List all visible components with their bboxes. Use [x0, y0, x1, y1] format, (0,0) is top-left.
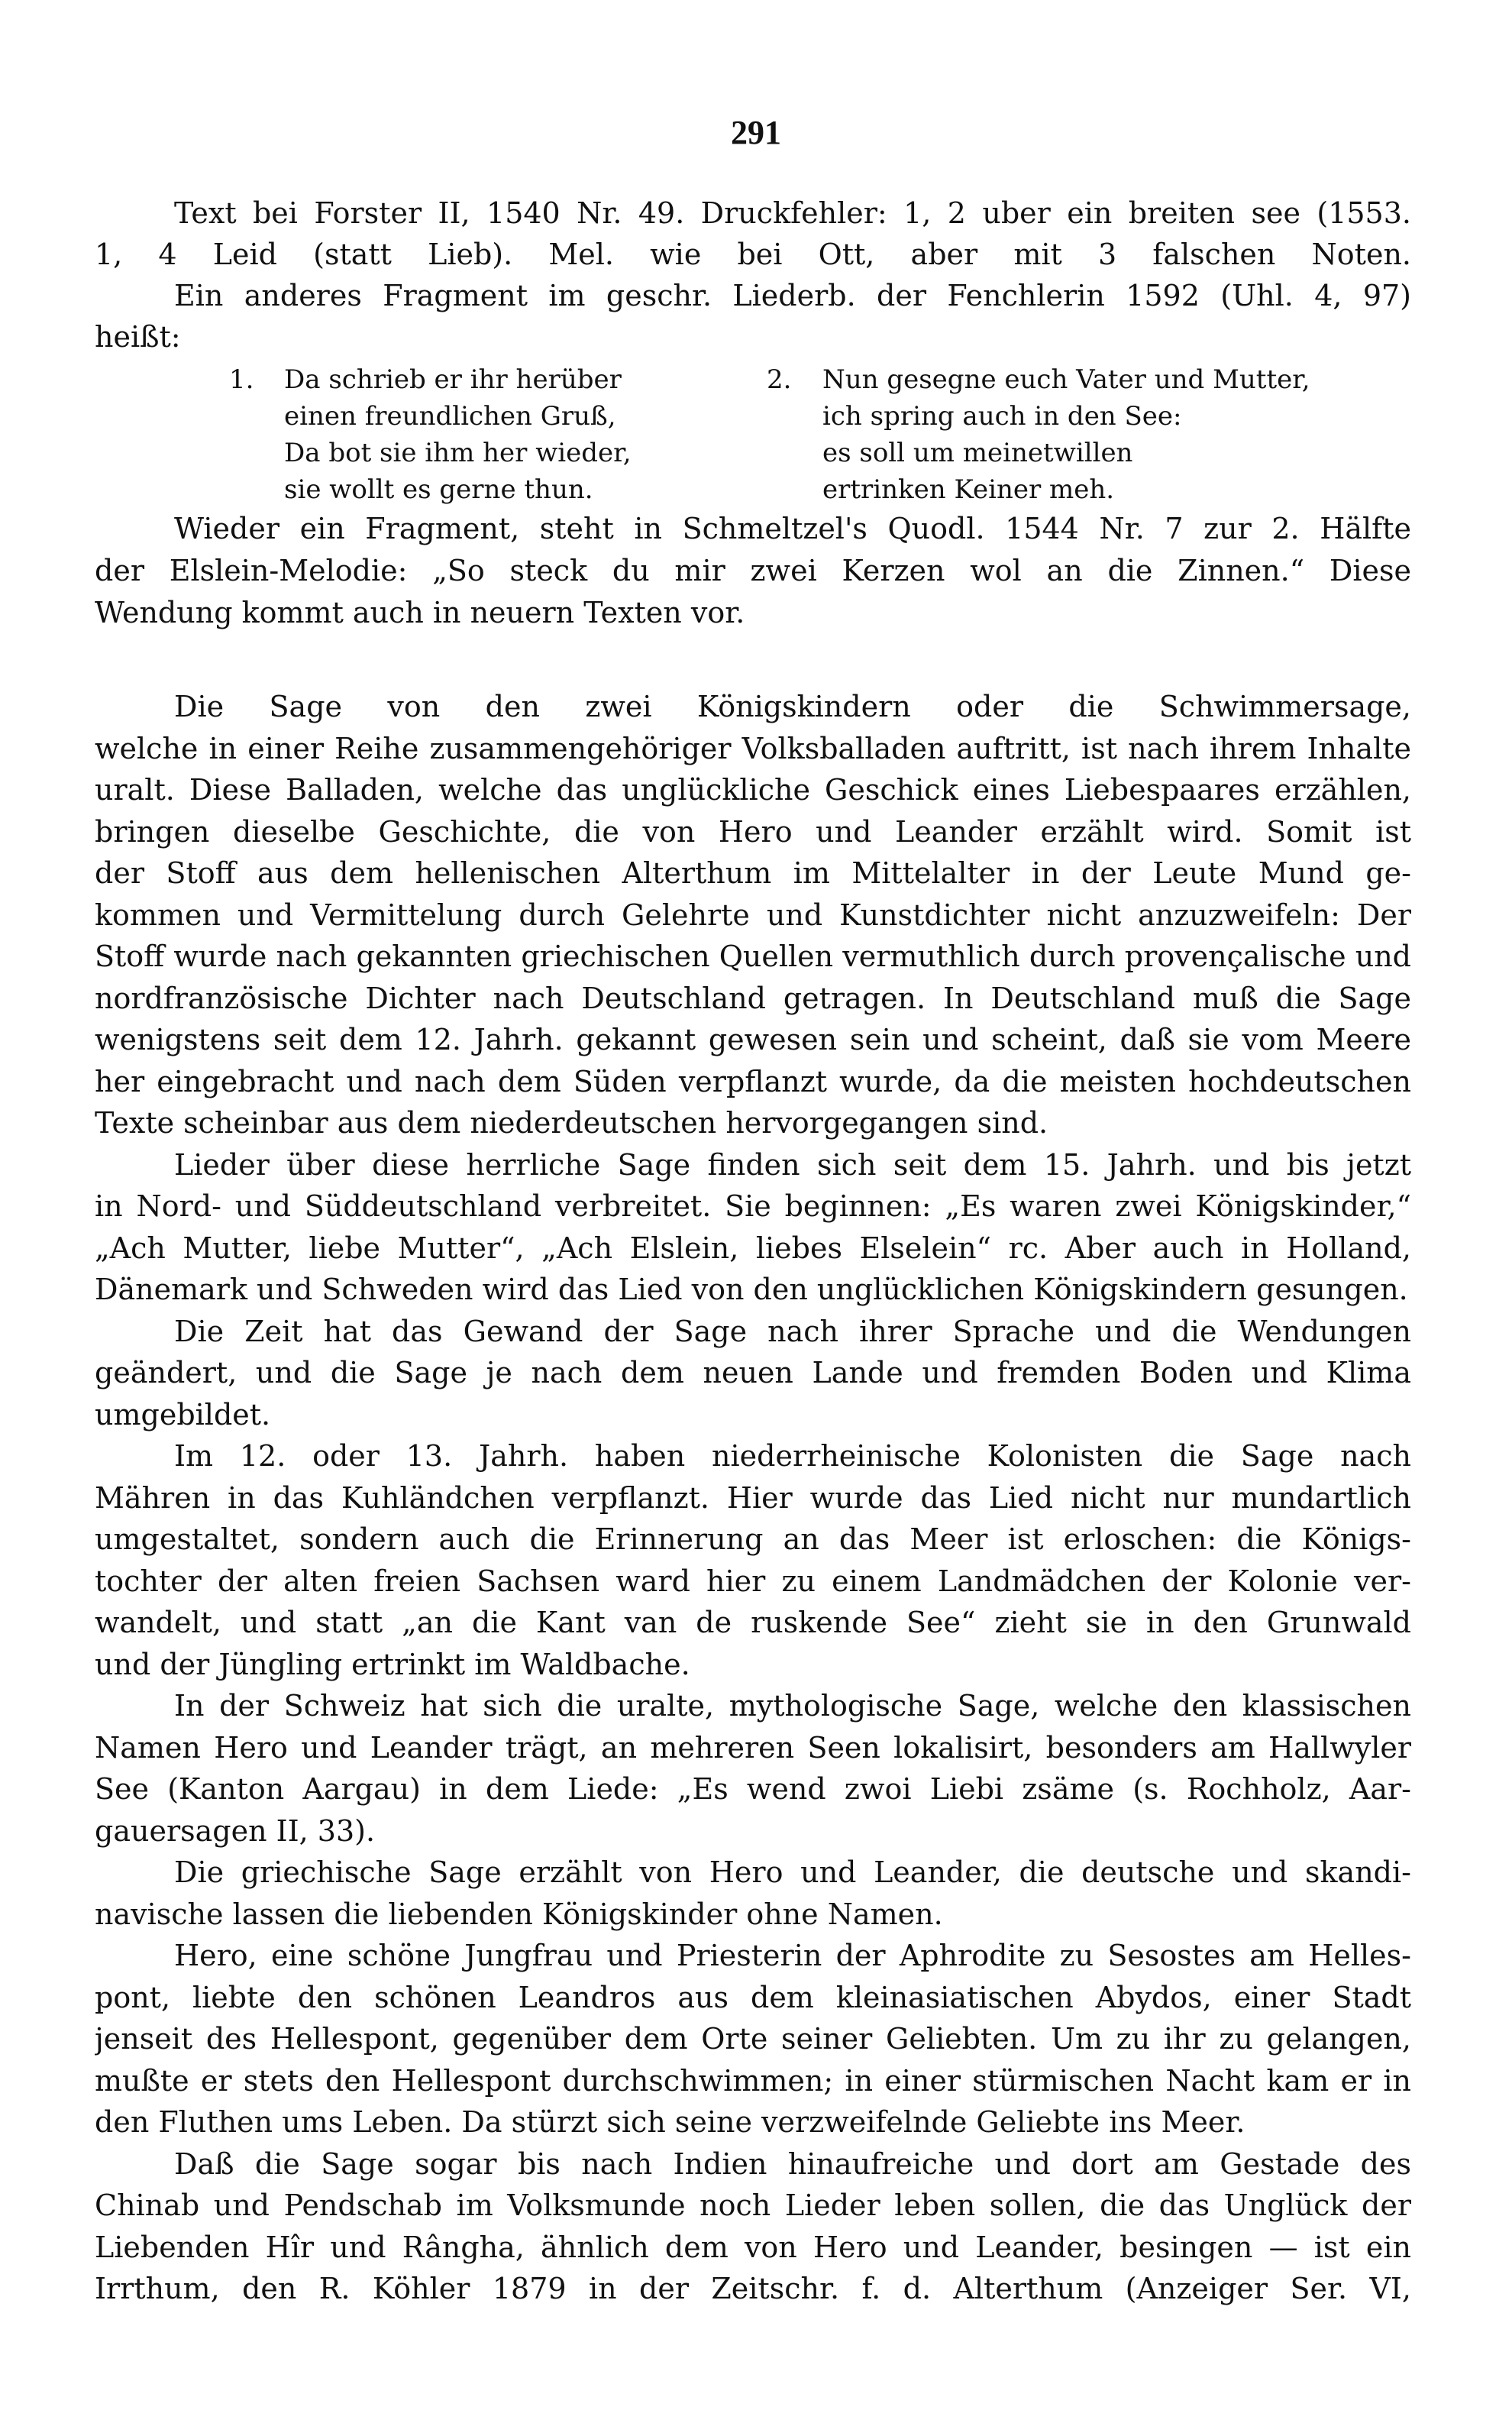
body-line: bringen dieselbe Geschichte, die von Her… — [95, 811, 1411, 852]
poem-line: es soll um meinetwillen — [822, 432, 1132, 474]
fragment-line: der Elslein-Melodie: „So steck du mir zw… — [95, 550, 1411, 591]
book-page: 291 Text bei Forster II, 1540 Nr. 49. Dr… — [0, 0, 1512, 2436]
body-line: den Fluthen ums Leben. Da stürzt sich se… — [95, 2101, 1411, 2143]
body-line: her eingebracht und nach dem Süden verpf… — [95, 1061, 1411, 1102]
body-line: Daß die Sage sogar bis nach Indien hinau… — [174, 2143, 1411, 2185]
body-line: Chinab und Pendschab im Volksmunde noch … — [95, 2185, 1411, 2226]
note-line: Ein anderes Fragment im geschr. Liederb.… — [174, 275, 1411, 316]
body-line: wandelt, und statt „an die Kant van de r… — [95, 1602, 1411, 1643]
body-line: Die Zeit hat das Gewand der Sage nach ih… — [174, 1311, 1411, 1352]
body-line: umgebildet. — [95, 1394, 1411, 1435]
poem-line: Da bot sie ihm her wieder, — [284, 432, 632, 474]
body-line: uralt. Diese Balladen, welche das unglüc… — [95, 769, 1411, 810]
body-line: gauersagen II, 33). — [95, 1810, 1411, 1852]
poem-line: sie wollt es gerne thun. — [284, 469, 593, 510]
stanza-number: 2. — [767, 359, 791, 400]
poem-line: Nun gesegne euch Vater und Mutter, — [822, 359, 1310, 400]
body-line: Im 12. oder 13. Jahrh. haben niederrhein… — [174, 1435, 1411, 1477]
body-line: Hero, eine schöne Jungfrau und Priesteri… — [174, 1935, 1411, 1976]
body-line: In der Schweiz hat sich die uralte, myth… — [174, 1685, 1411, 1726]
body-line: jenseit des Hellespont, gegenüber dem Or… — [95, 2018, 1411, 2059]
body-line: Liebenden Hîr und Rângha, ähnlich dem vo… — [95, 2227, 1411, 2268]
poem-line: ich spring auch in den See: — [822, 396, 1182, 437]
body-line: Die griechische Sage erzählt von Hero un… — [174, 1852, 1411, 1893]
body-line: Stoff wurde nach gekannten griechischen … — [95, 936, 1411, 977]
body-line: tochter der alten freien Sachsen ward hi… — [95, 1561, 1411, 1602]
poem-line: ertrinken Keiner meh. — [822, 469, 1114, 510]
body-line: mußte er stets den Hellespont durchschwi… — [95, 2060, 1411, 2101]
body-line: pont, liebte den schönen Leandros aus de… — [95, 1977, 1411, 2018]
note-line: heißt: — [95, 316, 1411, 357]
body-line: See (Kanton Aargau) in dem Liede: „Es we… — [95, 1768, 1411, 1810]
poem-line: Da schrieb er ihr herüber — [284, 359, 622, 400]
body-line: „Ach Mutter, liebe Mutter“, „Ach Elslein… — [95, 1228, 1411, 1269]
fragment-line: Wendung kommt auch in neuern Texten vor. — [95, 592, 1411, 633]
body-line: Lieder über diese herrliche Sage finden … — [174, 1144, 1411, 1186]
note-line: Text bei Forster II, 1540 Nr. 49. Druckf… — [174, 192, 1411, 234]
body-line: Texte scheinbar aus dem niederdeutschen … — [95, 1102, 1411, 1144]
body-line: kommen und Vermittelung durch Gelehrte u… — [95, 894, 1411, 936]
page-number: 291 — [0, 113, 1512, 152]
body-line: der Stoff aus dem hellenischen Alterthum… — [95, 852, 1411, 894]
body-line: in Nord- und Süddeutschland verbreitet. … — [95, 1186, 1411, 1227]
body-line: geändert, und die Sage je nach dem neuen… — [95, 1352, 1411, 1393]
fragment-line: Wieder ein Fragment, steht in Schmeltzel… — [174, 508, 1411, 549]
body-line: Namen Hero und Leander trägt, an mehrere… — [95, 1727, 1411, 1768]
body-line: wenigstens seit dem 12. Jahrh. gekannt g… — [95, 1019, 1411, 1060]
stanza-number: 1. — [229, 359, 254, 400]
body-line: nordfranzösische Dichter nach Deutschlan… — [95, 978, 1411, 1019]
body-line: umgestaltet, sondern auch die Erinnerung… — [95, 1519, 1411, 1560]
body-line: Irrthum, den R. Köhler 1879 in der Zeits… — [95, 2268, 1411, 2309]
note-line: 1, 4 Leid (statt Lieb). Mel. wie bei Ott… — [95, 234, 1411, 275]
poem-line: einen freundlichen Gruß, — [284, 396, 616, 437]
body-line: und der Jüngling ertrinkt im Waldbache. — [95, 1644, 1411, 1685]
body-line: navische lassen die liebenden Königskind… — [95, 1894, 1411, 1935]
body-line: Dänemark und Schweden wird das Lied von … — [95, 1269, 1411, 1310]
body-line: Die Sage von den zwei Königskindern oder… — [174, 686, 1411, 727]
body-line: Mähren in das Kuhländchen verpflanzt. Hi… — [95, 1477, 1411, 1519]
body-line: welche in einer Reihe zusammengehöriger … — [95, 728, 1411, 769]
